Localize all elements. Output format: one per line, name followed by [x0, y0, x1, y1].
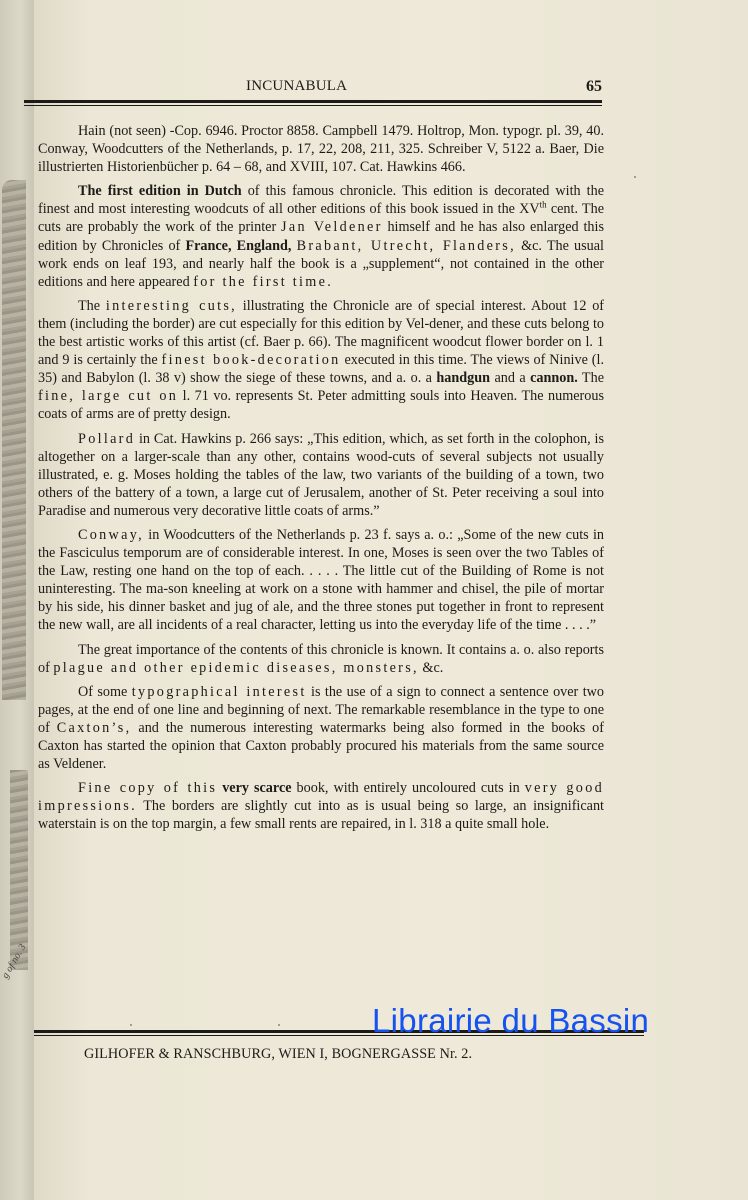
- body-text: Hain (not seen) -Cop. 6946. Proctor 8858…: [38, 122, 604, 839]
- emphasis-spaced: interesting cuts,: [106, 298, 237, 314]
- paragraph-typographical-interest: Of some typographical interest is the us…: [38, 683, 604, 773]
- emphasis-spaced: Brabant, Utrecht, Flanders,: [297, 238, 516, 254]
- publisher-imprint: GILHOFER & RANSCHBURG, WIEN I, BOGNERGAS…: [84, 1046, 472, 1063]
- adjacent-page-woodcut-plate: [2, 180, 26, 700]
- emphasis-spaced: Caxton’s,: [57, 720, 132, 736]
- paragraph-first-edition: The first edition in Dutch of this famou…: [38, 182, 604, 291]
- emphasis-spaced: plague and other epidemic diseases, mons…: [53, 660, 419, 676]
- paragraph-pollard-quote: Pollard in Cat. Hawkins p. 266 says: „Th…: [38, 430, 604, 520]
- adjacent-page-woodcut-plate: [10, 770, 28, 970]
- emphasis-spaced: Pollard: [78, 431, 135, 447]
- emphasis-spaced: Conway,: [78, 527, 144, 543]
- paragraph-contents-importance: The great importance of the contents of …: [38, 641, 604, 677]
- header-rule: [24, 100, 602, 103]
- adjacent-page-edge: g of no. 3: [0, 0, 35, 1200]
- bibliography-paragraph: Hain (not seen) -Cop. 6946. Proctor 8858…: [38, 122, 604, 176]
- emphasis-spaced: Jan Veldener: [281, 219, 383, 235]
- paragraph-conway-quote: Conway, in Woodcutters of the Netherland…: [38, 526, 604, 635]
- paragraph-interesting-cuts: The interesting cuts, illustrating the C…: [38, 297, 604, 424]
- emphasis-bold: France, England,: [185, 238, 291, 254]
- emphasis-spaced: for the first time.: [193, 274, 333, 290]
- emphasis-spaced: fine, large cut on: [38, 388, 178, 404]
- emphasis-spaced: finest book-decoration: [162, 352, 341, 368]
- page-number: 65: [586, 78, 602, 96]
- emphasis-bold: handgun: [436, 370, 490, 386]
- running-title: INCUNABULA: [246, 78, 347, 95]
- emphasis-bold: cannon.: [530, 370, 578, 386]
- emphasis-bold: The first edition in Dutch: [78, 183, 242, 199]
- emphasis-bold: very scarce: [217, 780, 291, 796]
- emphasis-spaced: Fine copy of this: [78, 780, 217, 796]
- paragraph-condition: Fine copy of this very scarce book, with…: [38, 779, 604, 833]
- watermark-text: Librairie du Bassin: [372, 1002, 649, 1040]
- emphasis-spaced: typographical interest: [132, 684, 307, 700]
